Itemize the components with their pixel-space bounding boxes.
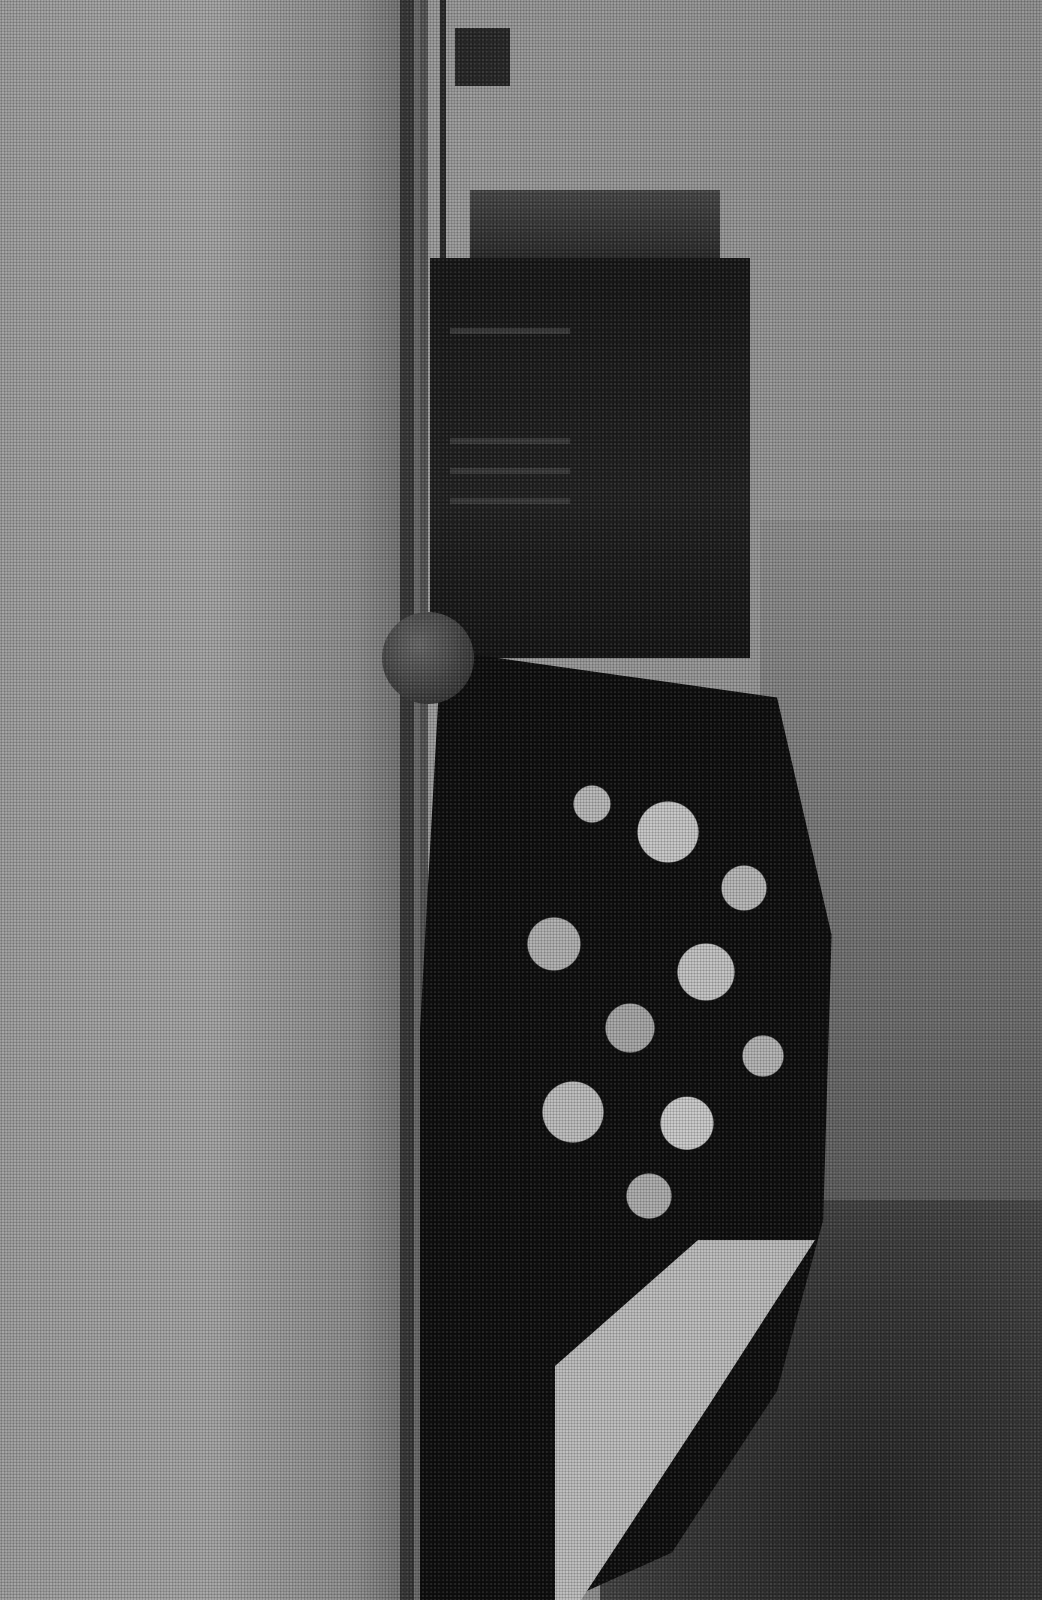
davit-block	[455, 28, 510, 86]
buoy-fender	[382, 612, 474, 704]
photograph: Black-and-white historical halftone phot…	[0, 0, 1042, 1600]
hull-edge-rail	[400, 0, 414, 1600]
passengers-crowd	[440, 720, 820, 1280]
door-slat	[450, 468, 570, 474]
door-slat	[450, 438, 570, 444]
dark-door-structure	[430, 258, 750, 658]
ship-hull	[0, 0, 420, 1600]
door-slat	[450, 328, 570, 334]
door-slat	[450, 498, 570, 504]
